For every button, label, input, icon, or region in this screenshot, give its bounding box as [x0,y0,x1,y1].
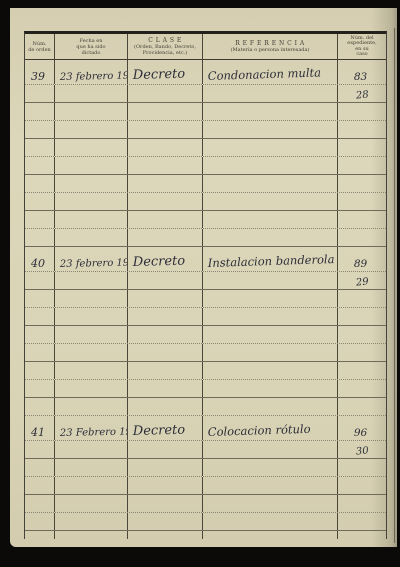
table-bottom-stub [25,531,386,539]
ruled-line-row [25,121,386,139]
empty-cell [25,211,55,228]
register-table: Núm. de orden Fecha en que ha sido dicta… [24,31,387,539]
ruled-line-row [25,344,386,362]
empty-cell [25,513,55,530]
scan-border-left [0,0,10,505]
empty-cell [203,157,338,174]
record-referencia-cell: Condonacion multa [203,60,338,84]
ruled-line-row [25,513,386,531]
record-referencia-cell: Colocacion rótulo [203,416,338,440]
empty-cell [338,326,386,343]
empty-cell [338,513,386,530]
empty-cell [128,85,203,102]
ruled-line-row [25,380,386,398]
empty-cell [338,380,386,397]
ruled-line-row [25,495,386,513]
record-fecha-cell: 23 febrero 1959 [55,247,128,271]
handwritten-num: 40 [31,257,45,270]
empty-cell [55,139,128,156]
empty-cell [128,441,203,458]
handwritten-expediente-2: 29 [355,276,369,288]
empty-cell [55,495,128,512]
empty-cell [55,211,128,228]
ruled-line-row [25,175,386,193]
empty-cell [203,290,338,307]
header-text: dictado [82,50,101,56]
empty-cell [25,308,55,325]
empty-cell [25,477,55,494]
empty-cell [128,477,203,494]
empty-cell [55,229,128,246]
register-row-39: 39 23 febrero 1959 Decreto Condonacion m… [25,60,386,85]
scanned-register-page: Núm. de orden Fecha en que ha sido dicta… [0,0,400,567]
header-title: C L A S E [148,37,182,44]
empty-cell [338,362,386,379]
ruled-line-row [25,477,386,495]
ruled-line-row [25,326,386,344]
empty-cell [128,344,203,361]
empty-cell [128,139,203,156]
empty-cell [128,513,203,530]
empty-cell [55,175,128,192]
empty-cell [128,398,203,415]
record-clase-cell: Decreto [128,416,203,440]
empty-cell [55,344,128,361]
handwritten-referencia: Colocacion rótulo [208,422,311,439]
empty-cell [338,290,386,307]
empty-cell [128,459,203,476]
empty-cell [338,477,386,494]
record-clase-cell: Decreto [128,247,203,271]
empty-cell [25,290,55,307]
empty-cell [338,103,386,120]
empty-cell [203,459,338,476]
record-fecha-cell: 23 Febrero 1959 [55,416,128,440]
ruled-line-row [25,139,386,157]
header-text: caso [356,52,367,58]
empty-cell [203,308,338,325]
header-title: R E F E R E N C I A [235,40,305,47]
header-clase-column: C L A S E (Orden, Bando, Decreto, Provid… [128,34,203,59]
empty-cell [25,362,55,379]
empty-cell [55,272,128,289]
empty-cell [55,441,128,458]
empty-cell [203,272,338,289]
handwritten-num: 39 [31,70,45,83]
empty-cell [203,326,338,343]
ruled-lines-block [25,459,386,531]
record-expediente2-cell: 28 [338,85,386,102]
empty-cell [203,229,338,246]
empty-cell [338,495,386,512]
handwritten-expediente: 89 [354,258,367,270]
scan-border-bottom [0,547,400,567]
empty-cell [55,308,128,325]
handwritten-expediente: 96 [354,427,367,439]
record-fecha-cell: 23 febrero 1959 [55,60,128,84]
empty-cell [55,85,128,102]
empty-cell [203,531,338,539]
empty-cell [55,362,128,379]
empty-cell [25,103,55,120]
handwritten-referencia: Instalacion banderola [208,252,335,270]
empty-cell [55,398,128,415]
empty-cell [55,459,128,476]
page-edge-line [394,28,395,543]
record-expediente-cell: 89 [338,247,386,271]
empty-cell [25,531,55,539]
ruled-line-row [25,362,386,380]
empty-cell [128,531,203,539]
empty-cell [25,459,55,476]
empty-cell [338,121,386,138]
empty-cell [25,495,55,512]
empty-cell [203,103,338,120]
ruled-lines-block [25,290,386,416]
empty-cell [203,85,338,102]
empty-cell [55,103,128,120]
handwritten-fecha: 23 Febrero 1959 [60,426,128,439]
empty-cell [55,531,128,539]
handwritten-clase: Decreto [133,254,186,270]
empty-cell [25,380,55,397]
ruled-line-row [25,308,386,326]
ruled-line-row [25,103,386,121]
record-expediente-cell: 83 [338,60,386,84]
empty-cell [128,103,203,120]
empty-cell [338,459,386,476]
register-row-40: 40 23 febrero 1959 Decreto Instalacion b… [25,247,386,272]
handwritten-clase: Decreto [133,67,186,83]
empty-cell [338,308,386,325]
empty-cell [55,193,128,210]
handwritten-expediente-2: 30 [355,445,369,457]
header-text: de orden [28,47,51,53]
record-clase-cell: Decreto [128,60,203,84]
empty-cell [338,175,386,192]
record-expediente2-cell: 29 [338,272,386,289]
empty-cell [338,193,386,210]
empty-cell [203,441,338,458]
record-expediente2-cell: 30 [338,441,386,458]
empty-cell [55,326,128,343]
empty-cell [55,513,128,530]
empty-cell [55,290,128,307]
empty-cell [203,344,338,361]
ruled-line-row [25,211,386,229]
empty-cell [128,175,203,192]
empty-cell [203,398,338,415]
register-row-41-subnum: 30 [25,441,386,459]
register-row-41: 41 23 Febrero 1959 Decreto Colocacion ró… [25,416,386,441]
empty-cell [203,193,338,210]
empty-cell [55,157,128,174]
empty-cell [128,121,203,138]
handwritten-expediente: 83 [354,71,367,83]
empty-cell [203,139,338,156]
empty-cell [203,175,338,192]
empty-cell [25,398,55,415]
register-row-40-subnum: 29 [25,272,386,290]
empty-cell [25,441,55,458]
empty-cell [338,398,386,415]
header-fecha-column: Fecha en que ha sido dictado [55,34,128,59]
empty-cell [338,344,386,361]
empty-cell [338,211,386,228]
empty-cell [338,157,386,174]
empty-cell [338,531,386,539]
empty-cell [25,272,55,289]
record-expediente-cell: 96 [338,416,386,440]
empty-cell [203,362,338,379]
header-num-column: Núm. de orden [25,34,55,59]
empty-cell [203,380,338,397]
register-row-39-subnum: 28 [25,85,386,103]
handwritten-num: 41 [31,426,45,439]
header-subtitle: (Materia o persona interesada) [231,47,310,53]
empty-cell [203,495,338,512]
scan-border-top [0,0,400,8]
ruled-line-row [25,459,386,477]
header-subtitle: Providencia, etc.) [143,50,187,56]
empty-cell [128,272,203,289]
empty-cell [128,290,203,307]
record-num-cell: 40 [25,247,55,271]
handwritten-fecha: 23 febrero 1959 [60,257,128,270]
ruled-line-row [25,290,386,308]
empty-cell [128,362,203,379]
empty-cell [128,193,203,210]
empty-cell [25,229,55,246]
empty-cell [128,380,203,397]
empty-cell [25,121,55,138]
empty-cell [128,157,203,174]
handwritten-referencia: Condonacion multa [208,65,322,83]
empty-cell [55,380,128,397]
ruled-line-row [25,157,386,175]
handwritten-fecha: 23 febrero 1959 [60,70,128,83]
empty-cell [25,344,55,361]
ruled-lines-block [25,103,386,247]
ruled-line-row [25,193,386,211]
handwritten-expediente-2: 28 [355,89,369,101]
handwritten-clase: Decreto [133,423,186,439]
empty-cell [338,139,386,156]
empty-cell [128,495,203,512]
record-num-cell: 39 [25,60,55,84]
empty-cell [128,326,203,343]
empty-cell [338,229,386,246]
empty-cell [203,211,338,228]
table-header-row: Núm. de orden Fecha en que ha sido dicta… [25,34,386,60]
record-referencia-cell: Instalacion banderola [203,247,338,271]
paper-sheet: Núm. de orden Fecha en que ha sido dicta… [10,8,397,547]
empty-cell [25,175,55,192]
ruled-line-row [25,229,386,247]
empty-cell [203,477,338,494]
empty-cell [25,326,55,343]
empty-cell [25,139,55,156]
empty-cell [55,477,128,494]
ruled-line-row [25,398,386,416]
header-referencia-column: R E F E R E N C I A (Materia o persona i… [203,34,338,59]
header-expediente-column: Núm. del expediente, en su caso [338,34,386,59]
empty-cell [203,513,338,530]
empty-cell [128,308,203,325]
empty-cell [25,157,55,174]
empty-cell [55,121,128,138]
empty-cell [128,211,203,228]
empty-cell [128,229,203,246]
empty-cell [25,193,55,210]
empty-cell [203,121,338,138]
record-num-cell: 41 [25,416,55,440]
empty-cell [25,85,55,102]
